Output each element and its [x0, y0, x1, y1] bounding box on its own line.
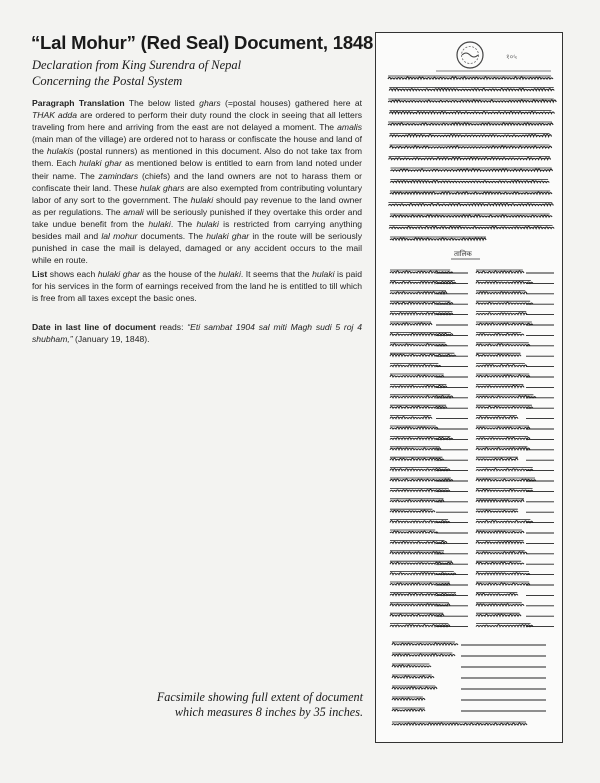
- subtitle-line-1: Declaration from King Surendra of Nepal: [32, 57, 241, 73]
- paragraph-date: Date in last line of document reads: “Et…: [32, 321, 362, 345]
- facsimile-caption: Facsimile showing full extent of documen…: [157, 690, 363, 720]
- paragraph-translation: Paragraph Translation The below listed g…: [32, 97, 362, 266]
- paragraph-body: shows each hulaki ghar as the house of t…: [32, 269, 362, 303]
- list-heading: तालिक: [454, 249, 472, 258]
- paragraph-label: Paragraph Translation: [32, 98, 125, 108]
- caption-line-1: Facsimile showing full extent of documen…: [157, 690, 363, 705]
- subtitle-line-2: Concerning the Postal System: [32, 73, 241, 89]
- page-title: “Lal Mohur” (Red Seal) Document, 1848: [31, 32, 373, 54]
- facsimile-document-image: १०५ तालिक: [375, 32, 563, 743]
- red-seal-stamp-icon: [457, 42, 483, 68]
- paragraph-label: List: [32, 269, 47, 279]
- page-mark: १०५: [506, 54, 517, 61]
- subtitle: Declaration from King Surendra of Nepal …: [32, 57, 241, 89]
- paragraph-body: The below listed ghars (=postal houses) …: [32, 98, 362, 265]
- manuscript-handwriting: १०५ तालिक: [376, 33, 563, 743]
- paragraph-label: Date in last line of document: [32, 322, 156, 332]
- caption-line-2: which measures 8 inches by 35 inches.: [157, 705, 363, 720]
- paragraph-list: List shows each hulaki ghar as the house…: [32, 268, 362, 304]
